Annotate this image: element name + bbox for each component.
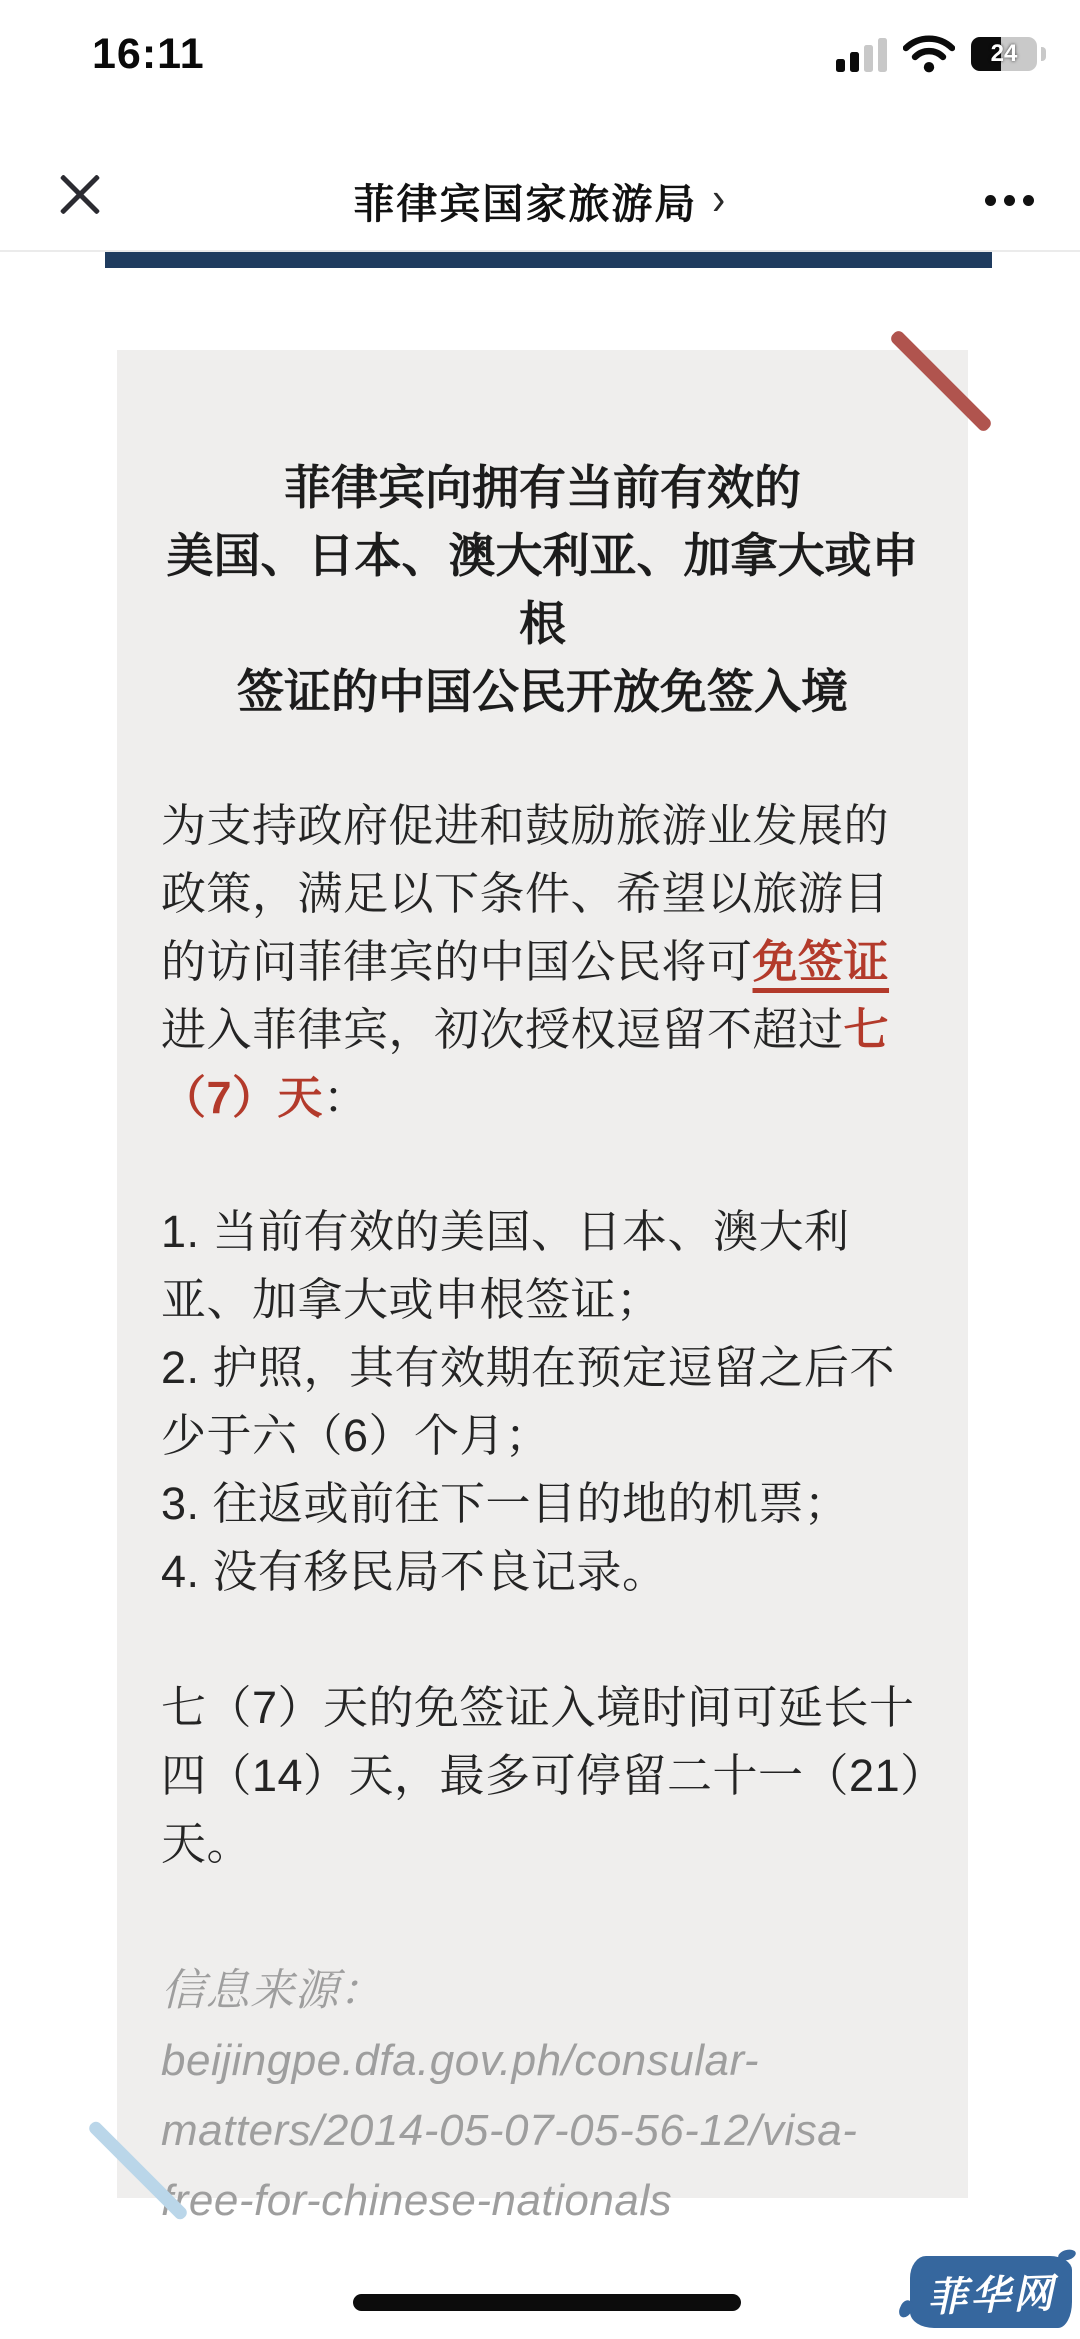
more-button[interactable] bbox=[985, 176, 1034, 224]
navy-accent-bar bbox=[105, 252, 992, 268]
article-paragraph-1: 为支持政府促进和鼓励旅游业发展的政策，满足以下条件、希望以旅游目的访问菲律宾的中… bbox=[161, 792, 924, 1132]
article-card: 菲律宾向拥有当前有效的 美国、日本、澳大利亚、加拿大或申根 签证的中国公民开放免… bbox=[117, 350, 968, 2198]
home-indicator[interactable] bbox=[353, 2294, 741, 2311]
ellipsis-dot bbox=[1023, 195, 1034, 206]
ellipsis-dot bbox=[985, 195, 996, 206]
list-item: 2. 护照，其有效期在预定逗留之后不少于六（6）个月； bbox=[161, 1334, 924, 1470]
status-time: 16:11 bbox=[92, 30, 205, 79]
list-item: 1. 当前有效的美国、日本、澳大利亚、加拿大或申根签证； bbox=[161, 1198, 924, 1334]
status-icons: 24 bbox=[836, 34, 1046, 74]
article-title: 菲律宾向拥有当前有效的 美国、日本、澳大利亚、加拿大或申根 签证的中国公民开放免… bbox=[161, 454, 924, 726]
paragraph-text: ： bbox=[323, 1072, 369, 1123]
ellipsis-dot bbox=[1004, 195, 1015, 206]
article-paragraph-2: 七（7）天的免签证入境时间可延长十四（14）天，最多可停留二十一（21）天。 bbox=[161, 1674, 924, 1878]
article-title-line: 菲律宾向拥有当前有效的 bbox=[161, 454, 924, 522]
source-label: 信息来源： bbox=[161, 1956, 924, 2026]
article-title-line: 美国、日本、澳大利亚、加拿大或申根 bbox=[161, 522, 924, 658]
paragraph-text: 进入菲律宾，初次授权逗留不超过 bbox=[161, 1004, 844, 1055]
battery-percent: 24 bbox=[971, 37, 1037, 71]
chevron-right-icon: › bbox=[712, 171, 725, 225]
cellular-signal-icon bbox=[836, 36, 887, 72]
wifi-icon bbox=[903, 34, 955, 74]
battery-cap bbox=[1041, 47, 1046, 61]
phone-screen: 16:11 24 菲律宾国家旅游局 › bbox=[0, 0, 1080, 2339]
page-title: 菲律宾国家旅游局 bbox=[353, 171, 697, 230]
list-item: 3. 往返或前往下一目的地的机票； bbox=[161, 1470, 924, 1538]
list-item: 4. 没有移民局不良记录。 bbox=[161, 1538, 924, 1606]
feihuawang-watermark-logo: 菲华网 bbox=[910, 2256, 1072, 2328]
article-title-line: 签证的中国公民开放免签入境 bbox=[161, 658, 924, 726]
battery-icon: 24 bbox=[971, 37, 1037, 71]
nav-bar: 菲律宾国家旅游局 › bbox=[0, 150, 1080, 250]
visa-free-highlight: 免签证 bbox=[753, 936, 890, 987]
source-info: 信息来源： beijingpe.dfa.gov.ph/consular-matt… bbox=[161, 1956, 924, 2236]
source-url: beijingpe.dfa.gov.ph/consular-matters/20… bbox=[161, 2026, 924, 2236]
official-account-title[interactable]: 菲律宾国家旅游局 › bbox=[0, 150, 1080, 250]
requirements-list: 1. 当前有效的美国、日本、澳大利亚、加拿大或申根签证； 2. 护照，其有效期在… bbox=[161, 1198, 924, 1606]
status-bar: 16:11 24 bbox=[0, 22, 1080, 86]
watermark-text: 菲华网 bbox=[926, 2261, 1057, 2322]
